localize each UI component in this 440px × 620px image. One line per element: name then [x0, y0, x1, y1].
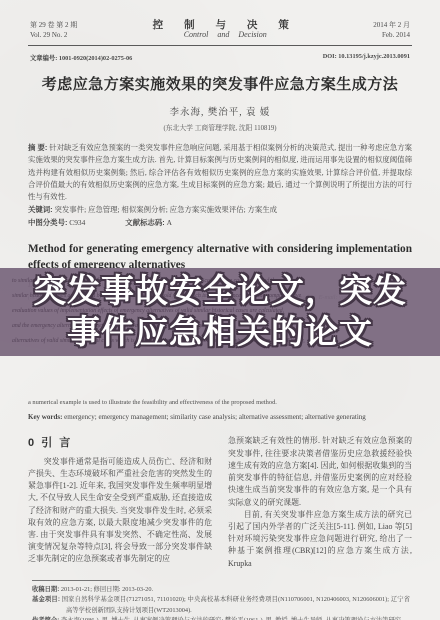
section-heading: 0 引 言 [28, 437, 212, 449]
paper-page: 第 29 卷 第 2 期 Vol. 29 No. 2 控 制 与 决 策 Con… [0, 0, 440, 620]
footer-received: 收稿日期: 2013-01-21; 修回日期: 2013-03-20. [32, 585, 410, 595]
clc-label: 中图分类号: [28, 218, 67, 227]
article-number: 文章编号: 1001-0920(2014)02-0275-06 [30, 53, 132, 62]
article-doi: DOI: 10.13195/j.kzyjc.2013.0091 [323, 53, 410, 62]
body-column-left: 0 引 言 突发事件通常是指可能造成人员伤亡、经济和财产损失、生态环境破坏和严重… [28, 435, 212, 569]
journal-name-en: Control and Decision [153, 30, 298, 40]
body-columns: 0 引 言 突发事件通常是指可能造成人员伤亡、经济和财产损失、生态环境破坏和严重… [28, 435, 412, 569]
fund-label: 基金项目: [32, 596, 60, 603]
journal-date: 2014 年 2 月 Feb. 2014 [373, 20, 410, 40]
journal-volume-en: Vol. 29 No. 2 [30, 30, 77, 40]
section-number: 0 [28, 437, 36, 449]
keywords-en: Key words: emergency; emergency manageme… [28, 412, 412, 424]
abstract-text: 针对缺乏有效应急预案的一类突发事件应急响应问题, 采用基于相似案例分析的决策范式… [28, 143, 412, 201]
watermark-band: to similar cases is developed. First, th… [0, 268, 440, 356]
journal-volume: 第 29 卷 第 2 期 Vol. 29 No. 2 [30, 20, 77, 40]
journal-name-cn: 控 制 与 决 策 [153, 20, 298, 30]
clc-pair: 中图分类号: C934 [28, 217, 85, 229]
article-meta: 文章编号: 1001-0920(2014)02-0275-06 DOI: 10.… [0, 46, 440, 62]
journal-date-cn: 2014 年 2 月 [373, 20, 410, 30]
footer-fund: 基金项目: 国家自然科学基金项目(71271051, 71101020); 中央… [32, 595, 410, 616]
authors-cn: 李永海, 樊治平, 袁 媛 [0, 104, 440, 118]
abstract-en-tail: a numerical example is used to illustrat… [28, 398, 412, 408]
section-title: 引 言 [41, 437, 72, 449]
doc-code-pair: 文献标志码: A [125, 217, 172, 229]
body-paragraph: 目前, 有关突发事件应急方案生成方法的研究已引起了国内外学者的广泛关注[5-11… [228, 509, 412, 570]
paper-title-cn: 考虑应急方案实施效果的突发事件应急方案生成方法 [0, 73, 440, 94]
affiliation-cn: (东北大学 工商管理学院, 沈阳 110819) [0, 122, 440, 132]
keywords-en-label: Key words: [28, 413, 62, 421]
received-text: 2013-01-21; 修回日期: 2013-03-20. [61, 586, 153, 593]
classification-line: 中图分类号: C934 文献标志码: A [28, 217, 412, 229]
doc-code-value: A [167, 218, 172, 227]
received-label: 收稿日期: [32, 586, 59, 593]
clc-value: C934 [69, 218, 85, 227]
body-paragraph: 突发事件通常是指可能造成人员伤亡、经济和财产损失、生态环境破坏和严重社会危害的突… [28, 456, 212, 566]
journal-name: 控 制 与 决 策 Control and Decision [153, 20, 298, 40]
keywords-cn: 关键词: 突发事件; 应急管理; 相似案例分析; 应急方案实施效果评估; 方案生… [28, 204, 412, 216]
body-column-right: 急预案缺乏有效性的情形. 针对缺乏有效应急预案的突发事件, 往往要求决策者借鉴历… [228, 435, 412, 569]
footnote-block: 收稿日期: 2013-01-21; 修回日期: 2013-03-20. 基金项目… [32, 580, 410, 620]
journal-date-en: Feb. 2014 [373, 30, 410, 40]
doc-code-label: 文献标志码: [125, 218, 164, 227]
fund-text: 国家自然科学基金项目(71271051, 71101020); 中央高校基本科研… [62, 596, 410, 613]
keywords-en-text: emergency; emergency management; similar… [64, 413, 366, 421]
keywords-text: 突发事件; 应急管理; 相似案例分析; 应急方案实施效果评估; 方案生成 [55, 205, 278, 214]
keywords-label: 关键词: [28, 205, 53, 214]
footnote-rule [32, 580, 120, 581]
watermark-line-2: 事件应急相关的论文 [0, 311, 440, 352]
journal-header: 第 29 卷 第 2 期 Vol. 29 No. 2 控 制 与 决 策 Con… [0, 0, 440, 40]
footer-bio: 作者简介: 李永海(1986-), 男, 博士生, 从事案例决策理论与方法的研究… [32, 616, 410, 620]
abstract-cn: 摘 要: 针对缺乏有效应急预案的一类突发事件应急响应问题, 采用基于相似案例分析… [28, 142, 412, 203]
body-paragraph: 急预案缺乏有效性的情形. 针对缺乏有效应急预案的突发事件, 往往要求决策者借鉴历… [228, 435, 412, 508]
watermark-line-1: 突发事故安全论文，突发 [0, 270, 440, 311]
abstract-label: 摘 要: [28, 143, 47, 152]
journal-volume-cn: 第 29 卷 第 2 期 [30, 20, 77, 30]
